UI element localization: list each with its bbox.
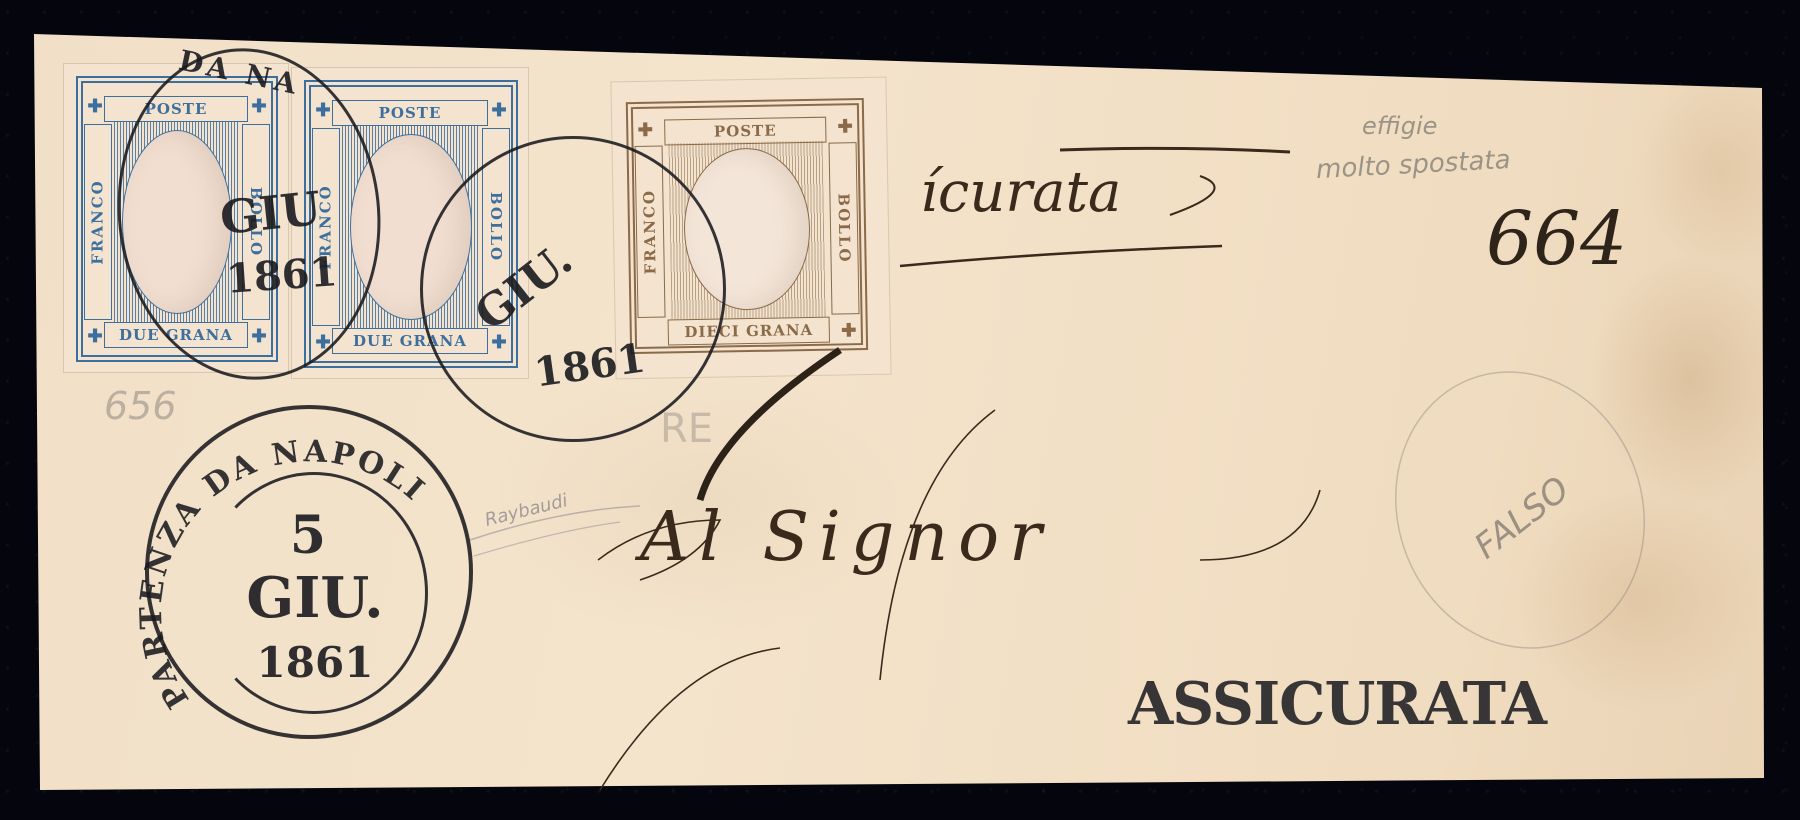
- handstamp-assicurata: ASSICURATA: [1128, 668, 1546, 738]
